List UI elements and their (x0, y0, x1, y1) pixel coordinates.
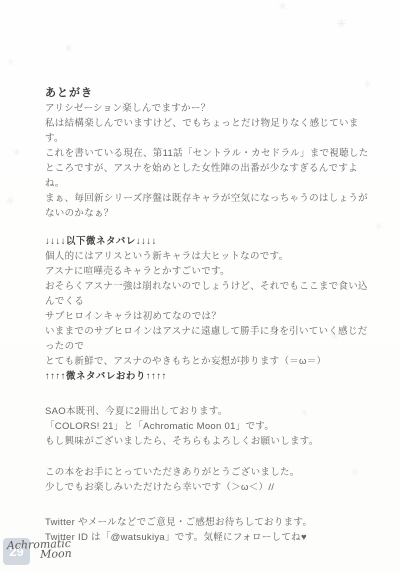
spoiler-end-marker: ↑↑↑↑微ネタバレおわり↑↑↑↑ (45, 369, 375, 384)
thanks-paragraph: この本をお手にとっていただきありがとうございました。 少しでもお楽しみいただけた… (45, 465, 375, 495)
intro-line: これを書いている現在、第11話「セントラル・カセドラル」まで視聴した (45, 146, 375, 161)
sparkle-icon: ✳ (278, 0, 287, 13)
intro-paragraph: アリシゼーション楽しんでますかー？ 私は結構楽しんでいますけど、でもちょっとだけ… (45, 101, 375, 221)
spoiler-line: サブヒロインキャラは初めてなのでは？ (45, 309, 375, 324)
intro-line: まぁ、毎回新シリーズ序盤は既存キャラが空気になっちゃうのはしょうが (45, 191, 375, 206)
intro-line: ないのかなぁ？ (45, 206, 375, 221)
spoiler-line: 個人的にはアリスという新キャラは大ヒットなのです。 (45, 249, 375, 264)
contact-line: Twitter やメールなどでご意見・ご感想お待ちしております。 (45, 515, 375, 530)
intro-line: ところですが、アスナを始めとした女性陣の出番が少なすぎるんですよね。 (45, 161, 375, 191)
contact-paragraph: Twitter やメールなどでご意見・ご感想お待ちしております。 Twitter… (45, 515, 375, 545)
contact-line: Twitter ID は「@watsukiya」です。気軽にフォローしてね♥ (45, 530, 375, 545)
spoiler-line: アスナに喧嘩売るキャラとかすごいです。 (45, 264, 375, 279)
sparkle-icon: ✳ (374, 220, 383, 233)
intro-line: 私は結構楽しんでいますけど、でもちょっとだけ物足りなく感じています。 (45, 116, 375, 146)
intro-line: アリシゼーション楽しんでますかー？ (45, 101, 375, 116)
sparkle-icon: ✳ (64, 42, 73, 55)
sparkle-icon: ✳ (336, 16, 347, 32)
spoiler-paragraph: ↓↓↓↓以下微ネタバレ↓↓↓↓ 個人的にはアリスという新キャラは大ヒットなのです… (45, 234, 375, 384)
spoiler-line: いままでのサブヒロインはアスナに遠慮して勝手に身を引いていく感じだったので (45, 324, 375, 354)
thanks-line: この本をお手にとっていただきありがとうございました。 (45, 465, 375, 480)
page-title: あとがき (45, 86, 375, 101)
books-paragraph: SAO本既刊、今夏に2冊出しております。 「COLORS! 21」と「Achro… (45, 404, 375, 449)
afterword-page: ✳ ✳ ✳ ✳ ✳ ✳ ✳ ✳ ✳ ✳ ✳ ✳ ✳ あとがき アリシゼーション楽… (0, 0, 400, 571)
books-line: SAO本既刊、今夏に2冊出しております。 (45, 404, 375, 419)
sparkle-icon: ✳ (12, 146, 21, 159)
sparkle-icon: ✳ (6, 56, 15, 69)
books-line: 「COLORS! 21」と「Achromatic Moon 01」です。 (45, 419, 375, 434)
books-line: もし興味がございましたら、そちらもよろしくお願いします。 (45, 434, 375, 449)
sparkle-icon: ✳ (5, 194, 15, 208)
circle-logo-line2: Moon (40, 549, 72, 560)
spoiler-line: おそらくアスナ一強は崩れないのでしょうけど、それでもここまで食い込んでくる (45, 279, 375, 309)
thanks-line: 少しでもお楽しみいただけたら幸いです（＞ω＜）// (45, 480, 375, 495)
circle-logo: Achromatic Moon (7, 539, 72, 561)
afterword-content: あとがき アリシゼーション楽しんでますかー？ 私は結構楽しんでいますけど、でもち… (45, 86, 375, 558)
spoiler-line: とても新鮮で、アスナのやきもちとか妄想が捗ります（＝ω＝） (45, 354, 375, 369)
spoiler-start-marker: ↓↓↓↓以下微ネタバレ↓↓↓↓ (45, 234, 375, 249)
